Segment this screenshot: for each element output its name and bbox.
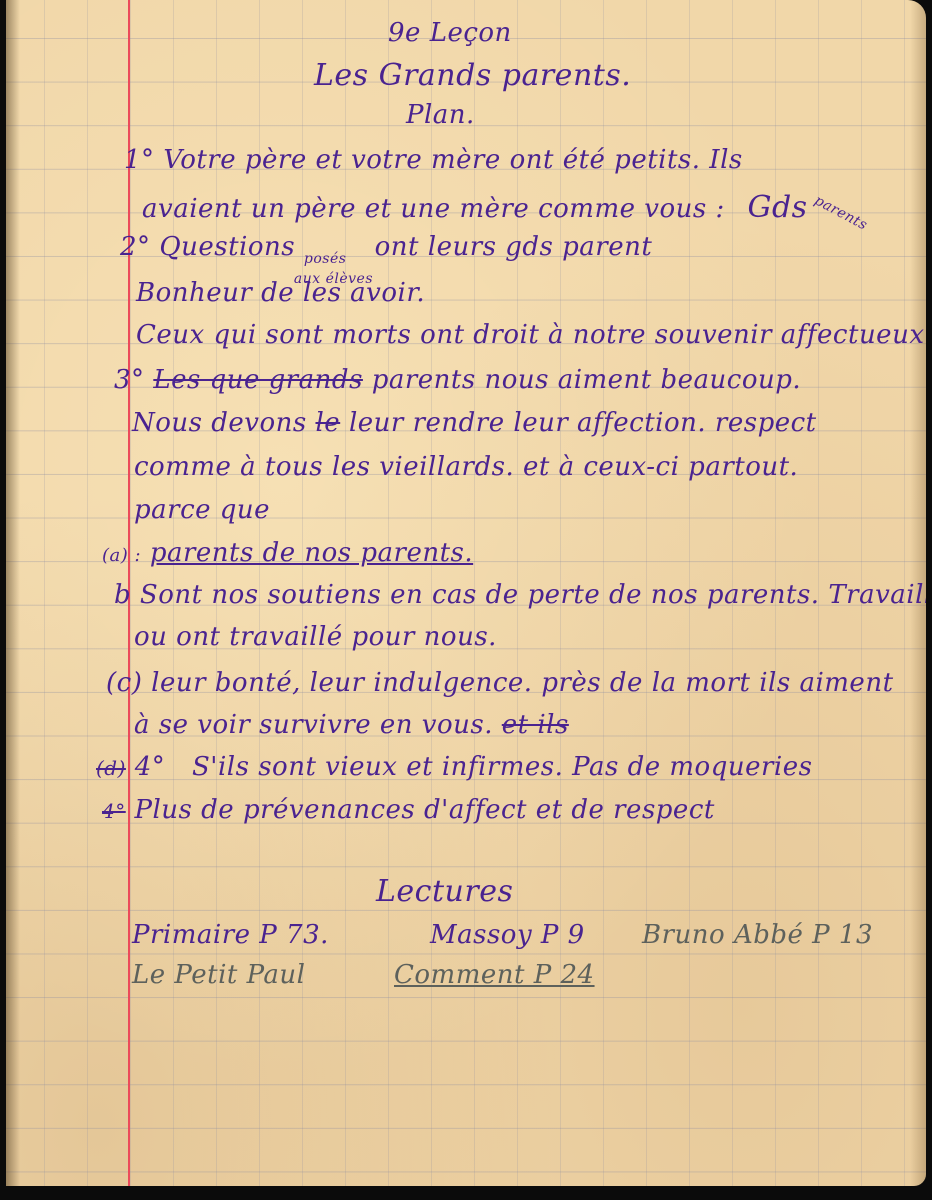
item-text: à se voir survivre en vous. — [134, 710, 493, 740]
reading-item: Massoy P 9 — [430, 920, 585, 950]
plan-item-b: b Sont nos soutiens en cas de perte de n… — [114, 580, 926, 610]
item-text-a: Questions — [159, 232, 295, 262]
plan-item-5: 4° Plus de prévenances d'affect et de re… — [102, 795, 715, 825]
plan-label: Plan. — [406, 100, 475, 130]
plan-item-2-cont2: Ceux qui sont morts ont droit à notre so… — [136, 320, 924, 350]
reading-item-pencil: Bruno Abbé P 13 — [642, 920, 873, 950]
reading-item-pencil: Le Petit Paul — [132, 960, 306, 990]
plan-item-2-cont: Bonheur de les avoir. — [136, 278, 425, 308]
plan-item-a: (a) : parents de nos parents. — [102, 538, 473, 568]
item-text-b: ont leurs gds parent — [375, 232, 653, 262]
item-text-b: leur rendre leur affection. respect — [349, 408, 817, 438]
reading-item-pencil: Comment P 24 — [394, 960, 595, 990]
plan-item-c: (c) leur bonté, leur indulgence. près de… — [106, 668, 894, 698]
plan-item-4: (d) 4° S'ils sont vieux et infirmes. Pas… — [96, 752, 812, 782]
item-text: leur bonté, leur indulgence. près de la … — [151, 668, 893, 698]
item-text: avaient un père et une mère comme vous : — [142, 194, 725, 224]
plan-item-1-cont: avaient un père et une mère comme vous :… — [142, 190, 870, 225]
item-text-a: Nous devons — [132, 408, 307, 438]
item-text: S'ils sont vieux et infirmes. Pas de moq… — [192, 752, 812, 782]
readings-heading: Lectures — [376, 874, 513, 909]
item-text: parents de nos parents. — [150, 538, 473, 568]
plan-item-3-cont3: parce que — [134, 495, 270, 525]
item-text: parents nous aiment beaucoup. — [372, 365, 801, 395]
item-text: Ceux qui sont morts ont droit à notre so… — [136, 320, 772, 350]
struck-marker: (d) — [96, 756, 126, 780]
item-marker: 3° — [114, 365, 145, 395]
item-text: Votre père et votre mère ont été petits.… — [163, 145, 742, 175]
notebook-page: 9e Leçon Les Grands parents. Plan. 1° Vo… — [6, 0, 926, 1186]
item-marker: (c) — [106, 668, 142, 698]
plan-item-b-cont: ou ont travaillé pour nous. — [134, 622, 497, 652]
plan-item-2: 2° Questions posés aux élèves ont leurs … — [120, 232, 652, 262]
item-marker: 2° — [120, 232, 151, 262]
plan-item-3: 3° Les que grands parents nous aiment be… — [114, 365, 801, 395]
plan-item-3-cont2: comme à tous les vieillards. et à ceux-c… — [134, 452, 798, 482]
item-trailing: Gds — [747, 190, 807, 225]
item-marker: (a) : — [102, 545, 141, 566]
item-marker: 4° — [135, 752, 166, 782]
insert-above: posés — [304, 251, 347, 267]
struck-text: le — [315, 408, 340, 438]
reading-item: Primaire P 73. — [132, 920, 329, 950]
plan-item-c-cont: à se voir survivre en vous. et ils — [134, 710, 569, 740]
item-text: Plus de prévenances d'affect et de respe… — [135, 795, 715, 825]
item-marker: 1° — [124, 145, 155, 175]
lesson-number: 9e Leçon — [388, 18, 512, 48]
binding-shadow — [6, 0, 20, 1186]
item-text: Sont nos soutiens en cas de perte de nos… — [140, 580, 926, 610]
item-marker: b — [114, 580, 131, 610]
struck-text: et ils — [502, 710, 569, 740]
page-title: Les Grands parents. — [314, 58, 631, 93]
struck-marker: 4° — [102, 799, 126, 823]
item-trailing: affectueux — [781, 320, 925, 350]
plan-item-3-cont: Nous devons le leur rendre leur affectio… — [132, 408, 817, 438]
struck-text: Les que grands — [153, 365, 363, 395]
plan-item-1: 1° Votre père et votre mère ont été peti… — [124, 145, 743, 175]
